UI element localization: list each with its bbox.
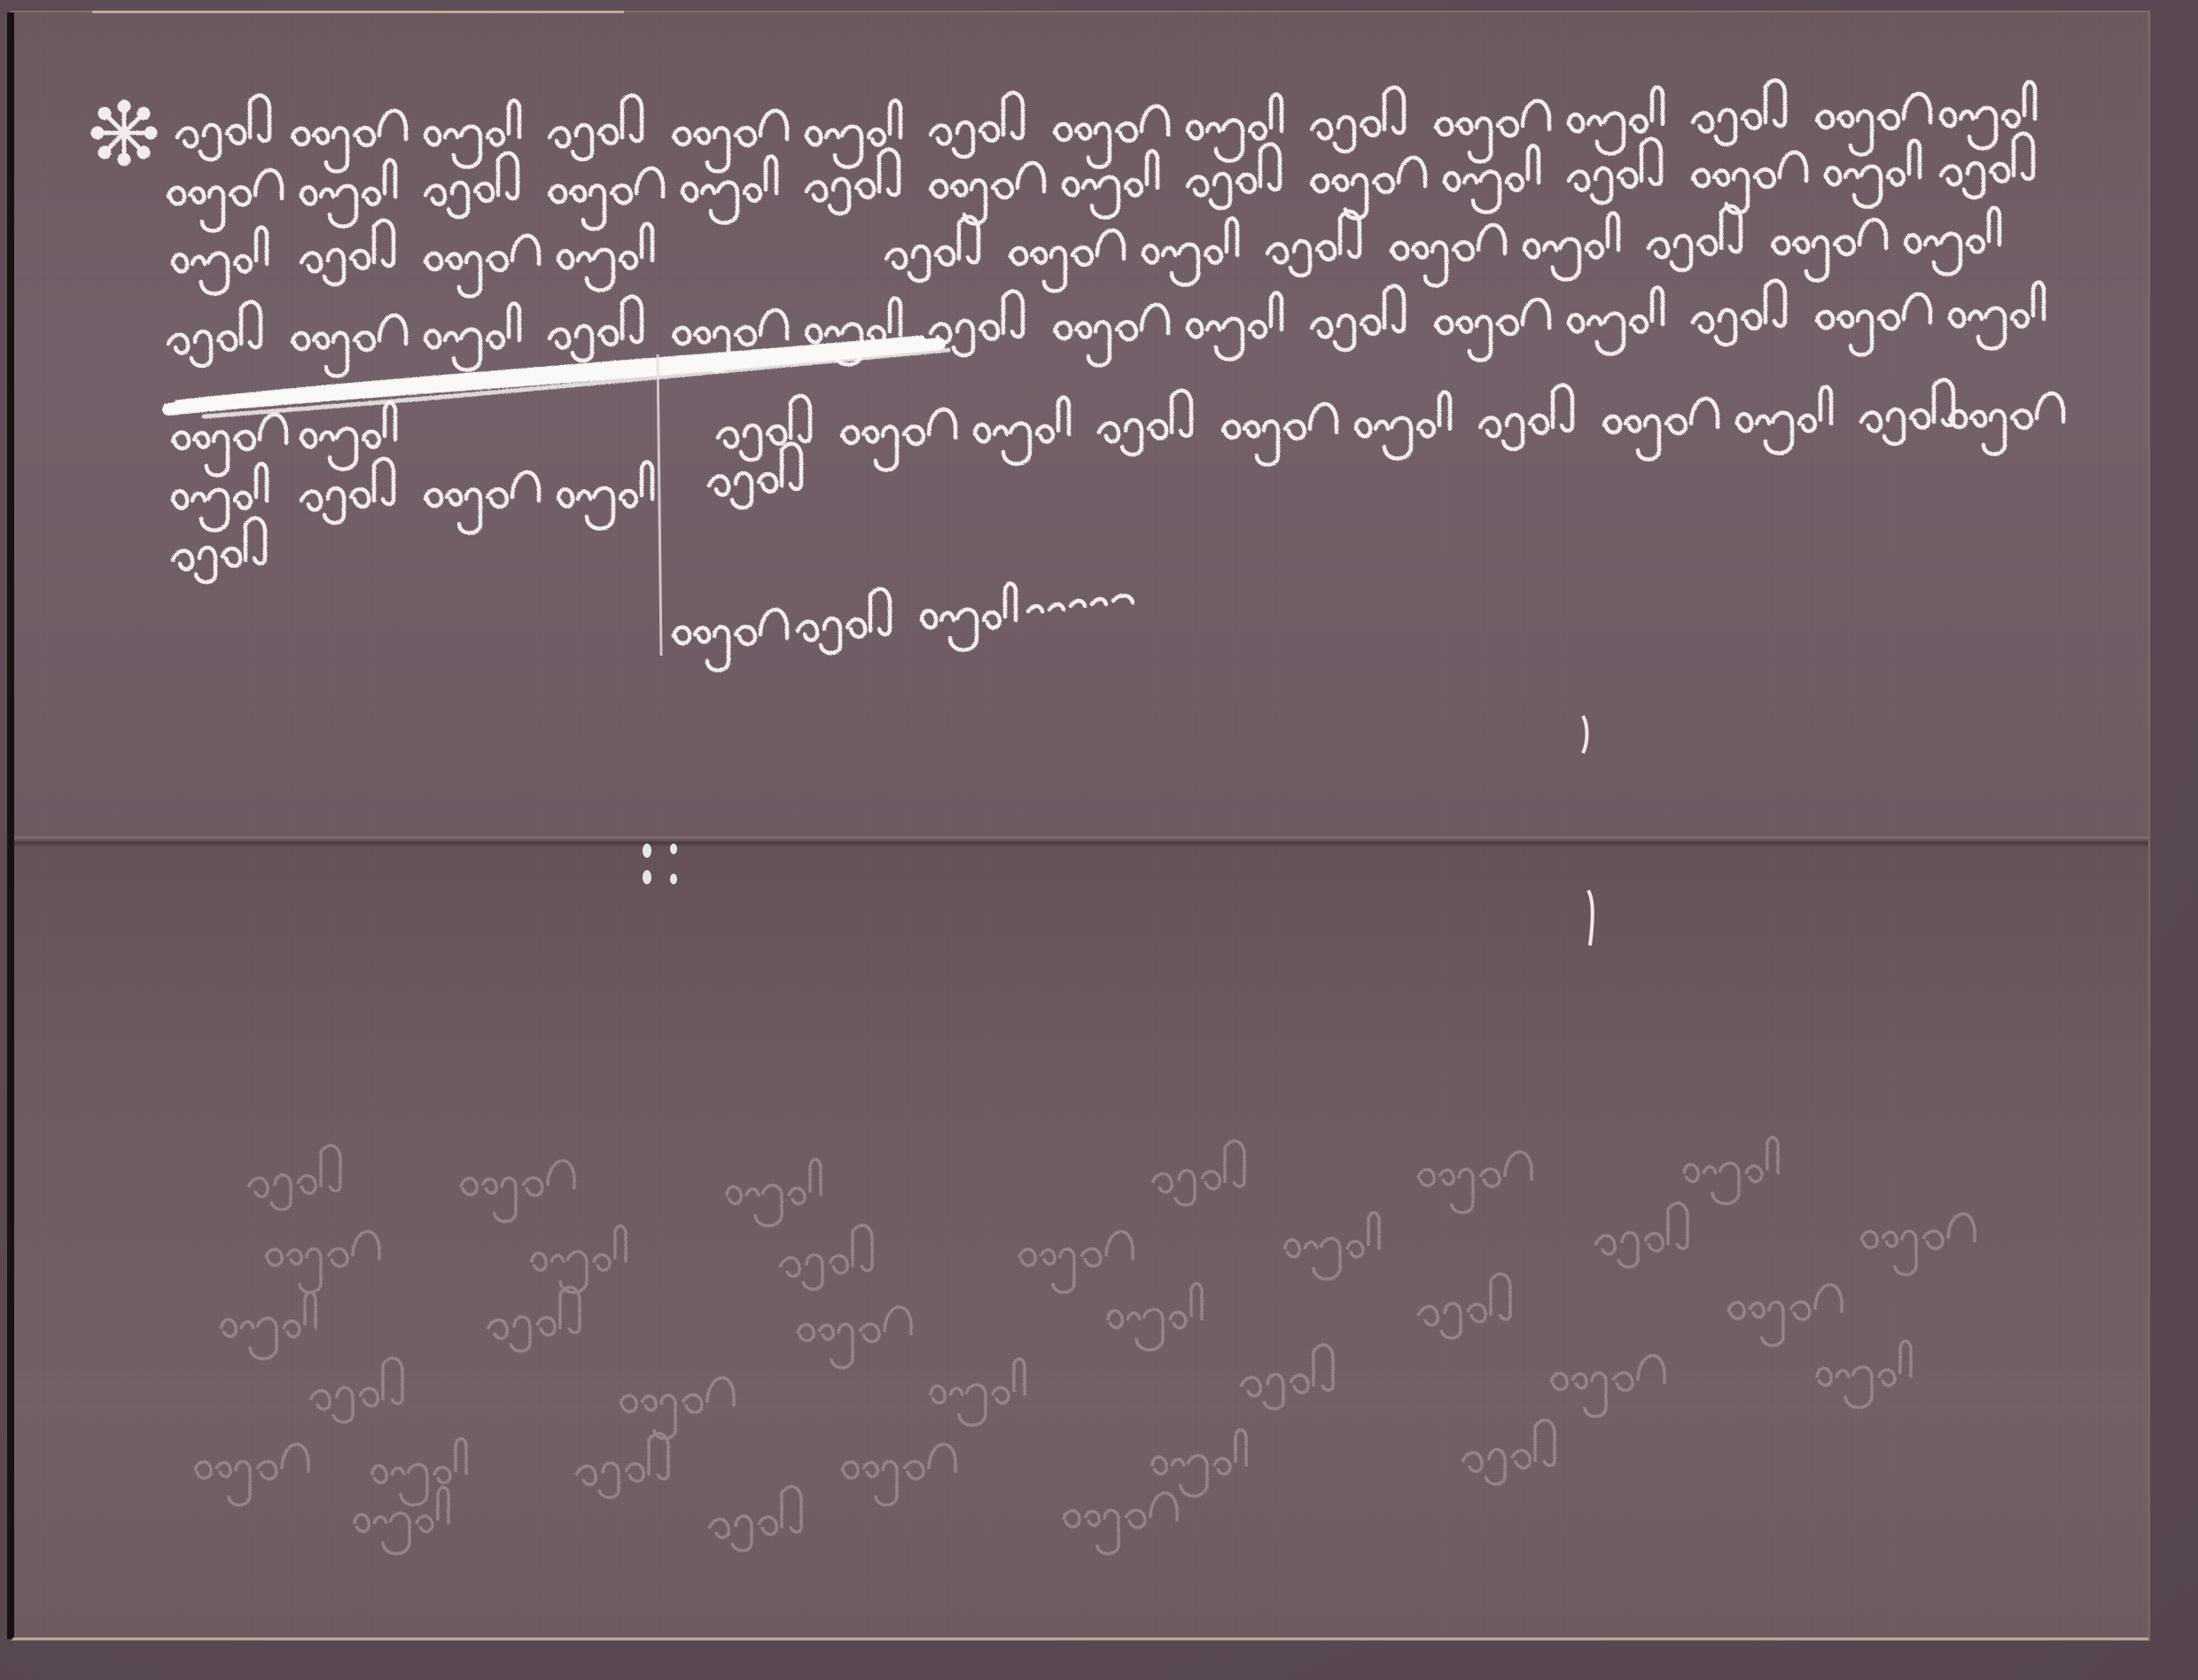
script-line-1 — [177, 81, 2035, 172]
rosette-ornament-icon — [93, 102, 155, 164]
vertical-guide-line — [658, 354, 661, 656]
manuscript-script — [0, 0, 2198, 1680]
strikethrough-mark — [168, 338, 948, 416]
signature — [674, 584, 1133, 671]
paper-scratch-mark — [1583, 716, 1593, 945]
script-line-3 — [173, 206, 1999, 297]
script-line-6 — [173, 444, 801, 533]
script-line-4 — [168, 281, 2044, 377]
fold-glare — [643, 844, 677, 884]
faded-erased-script — [195, 1138, 1975, 1554]
script-line-2 — [168, 134, 2033, 231]
